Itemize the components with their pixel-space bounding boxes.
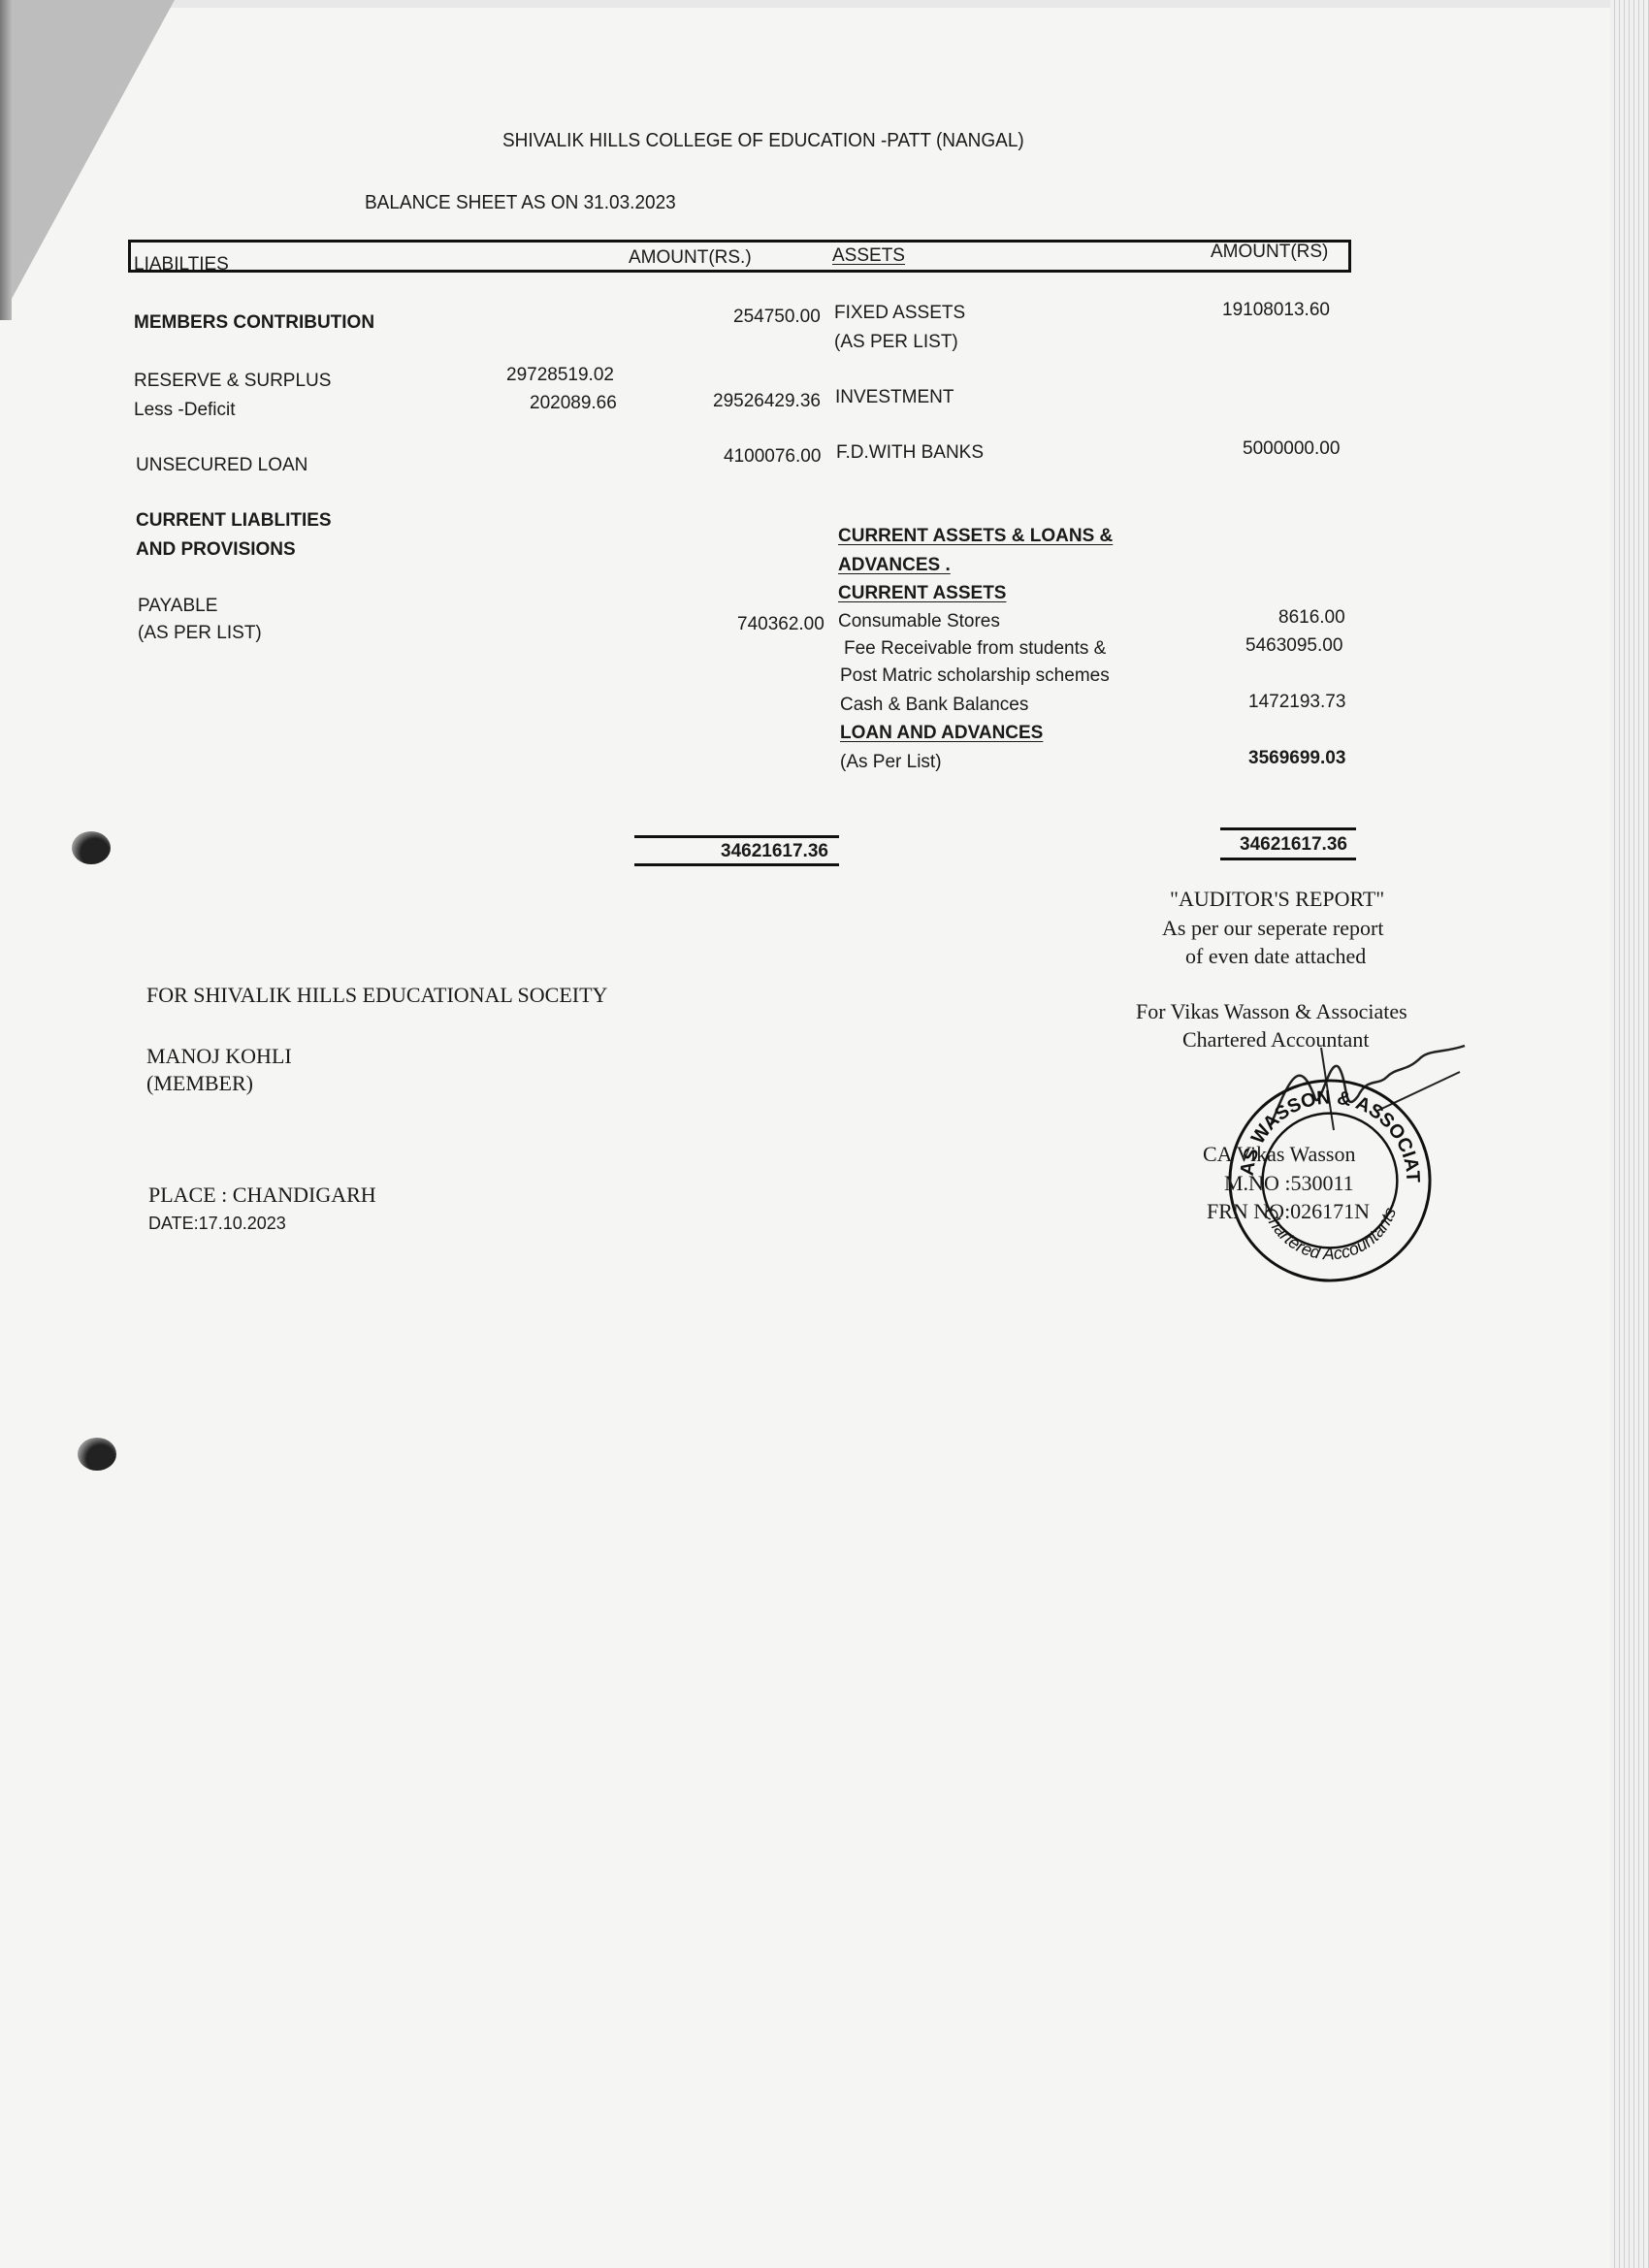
auditor-report-title: "AUDITOR'S REPORT" [1170,887,1384,912]
punch-hole-icon [78,1438,116,1471]
col-liabilities: LIABILTIES [134,254,229,275]
amount-fd-banks: 5000000.00 [1243,438,1340,460]
asset-fee-receivable-note: Post Matric scholarship schemes [840,665,1110,687]
total-liabilities: 34621617.36 [721,841,828,862]
signatory-name: MANOJ KOHLI [146,1044,292,1069]
institution-name: SHIVALIK HILLS COLLEGE OF EDUCATION -PAT… [502,130,1024,152]
asset-fixed-assets: FIXED ASSETS [834,303,965,324]
amount-members-contribution: 254750.00 [733,307,821,328]
asset-cash-bank: Cash & Bank Balances [840,695,1028,716]
total-assets: 34621617.36 [1240,834,1347,856]
sub-amount-deficit: 202089.66 [530,393,617,414]
signatory-role: (MEMBER) [146,1071,253,1096]
col-assets: ASSETS [832,245,905,267]
liability-and-provisions: AND PROVISIONS [136,539,296,561]
sub-amount-reserve: 29728519.02 [506,365,614,386]
asset-fd-banks: F.D.WITH BANKS [836,442,984,464]
liability-reserve-surplus: RESERVE & SURPLUS [134,371,331,392]
asset-loan-advances-note: (As Per List) [840,752,942,773]
amount-consumable-stores: 8616.00 [1278,607,1345,629]
liability-current-liabilities: CURRENT LIABLITIES [136,510,332,532]
amount-loan-advances: 3569699.03 [1248,748,1345,769]
auditor-line2: of even date attached [1185,944,1366,969]
auditor-membership-no: M.NO :530011 [1224,1171,1354,1196]
society-for: FOR SHIVALIK HILLS EDUCATIONAL SOCEITY [146,983,607,1008]
amount-payable: 740362.00 [737,614,824,635]
scanned-page: SHIVALIK HILLS COLLEGE OF EDUCATION -PAT… [0,0,1649,2268]
page-top-edge [0,0,1649,8]
total-top-rule [1220,827,1356,830]
place: PLACE : CHANDIGARH [148,1183,376,1208]
amount-unsecured-loan: 4100076.00 [724,446,821,468]
amount-reserve-net: 29526429.36 [713,391,821,412]
heading-loan-advances: LOAN AND ADVANCES [840,723,1043,744]
asset-fee-receivable: Fee Receivable from students & [844,638,1106,660]
amount-fee-receivable: 5463095.00 [1245,635,1342,657]
total-top-rule [634,835,839,838]
asset-investment: INVESTMENT [835,387,954,408]
heading-current-assets-loans: CURRENT ASSETS & LOANS & [838,526,1113,547]
amount-cash-bank: 1472193.73 [1248,692,1345,713]
amount-fixed-assets: 19108013.60 [1222,300,1330,321]
heading-advances: ADVANCES . [838,555,951,576]
auditor-frn-no: FRN NO:026171N [1207,1199,1370,1224]
auditor-name: CA Vikas Wasson [1203,1142,1355,1167]
liability-unsecured-loan: UNSECURED LOAN [136,455,307,476]
liability-less-deficit: Less -Deficit [134,400,236,421]
liability-members-contribution: MEMBERS CONTRIBUTION [134,312,374,334]
balance-sheet-title: BALANCE SHEET AS ON 31.03.2023 [365,192,676,214]
folded-corner-shadow [0,0,12,320]
asset-fixed-assets-note: (AS PER LIST) [834,332,958,353]
liability-payable: PAYABLE [138,596,217,617]
auditor-line1: As per our seperate report [1162,916,1383,941]
punch-hole-icon [72,831,111,864]
col-liabilities-amount: AMOUNT(RS.) [629,247,752,269]
date: DATE:17.10.2023 [148,1214,286,1234]
heading-current-assets: CURRENT ASSETS [838,583,1006,604]
asset-consumable-stores: Consumable Stores [838,611,1000,632]
col-assets-amount: AMOUNT(RS) [1211,242,1328,263]
total-bottom-rule [634,863,839,866]
auditor-firm: For Vikas Wasson & Associates [1136,999,1407,1024]
total-bottom-rule [1220,858,1356,860]
liability-payable-note: (AS PER LIST) [138,623,262,644]
stacked-pages-edge [1610,0,1649,2268]
